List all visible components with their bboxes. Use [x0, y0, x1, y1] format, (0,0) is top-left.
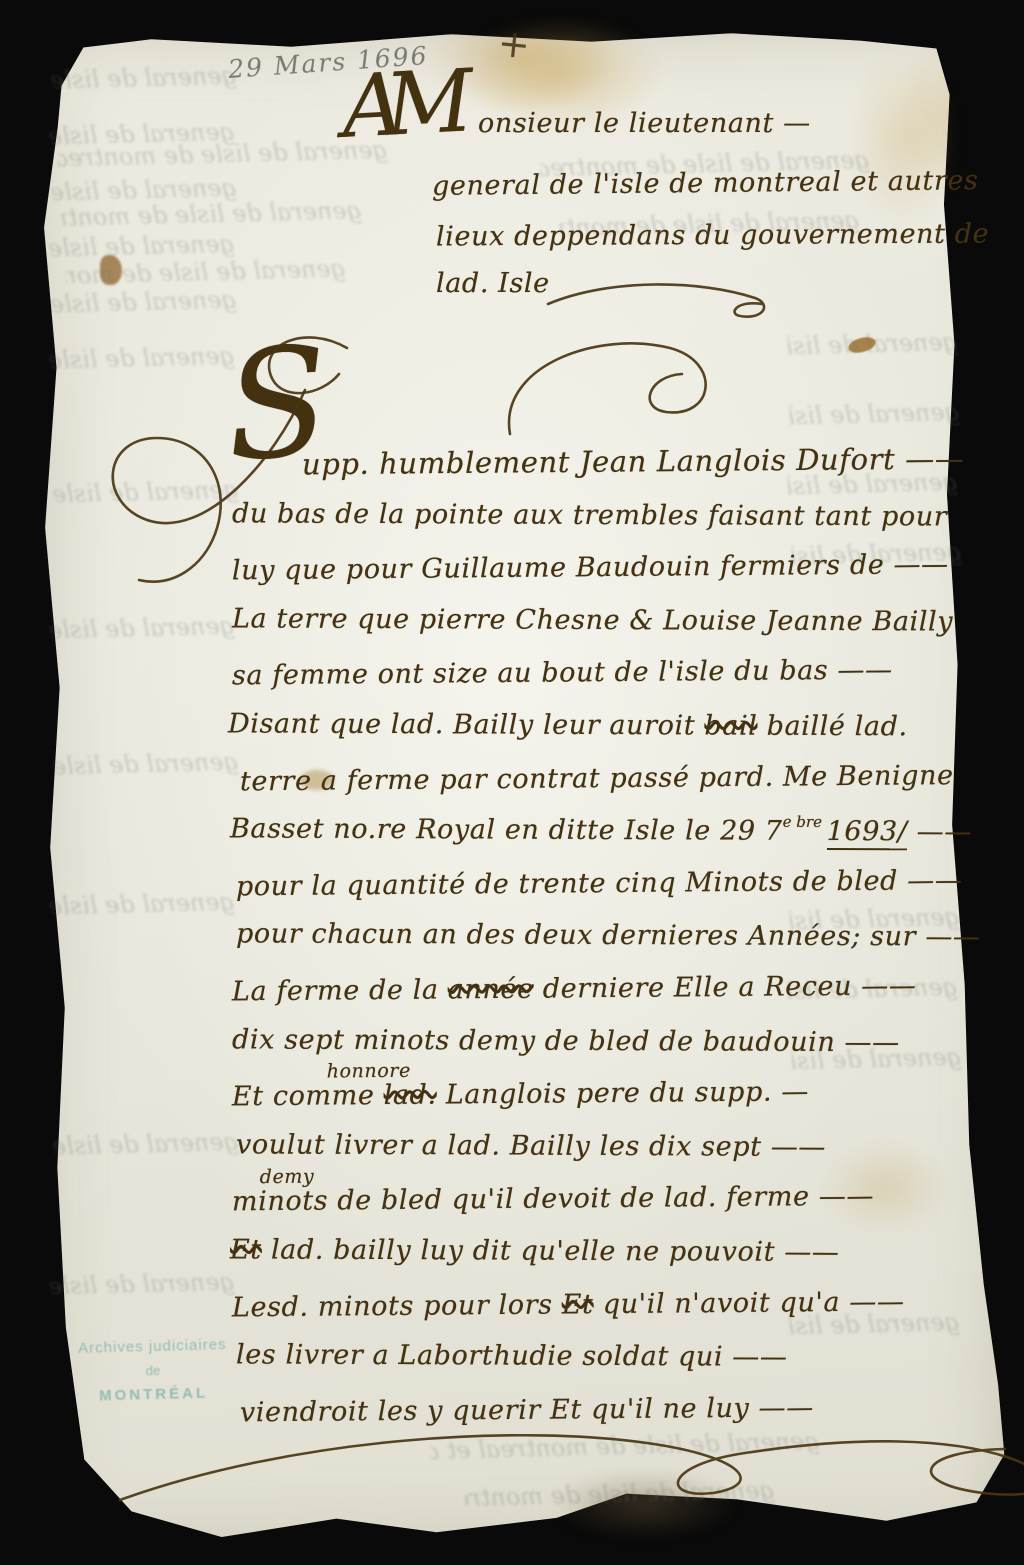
line-segment: La ferme de la [232, 974, 448, 1007]
line-segment: Langlois pere du supp. — [437, 1076, 809, 1110]
underline-segment: 1693/ [827, 816, 908, 850]
line-segment: Basset no.re Royal en ditte Isle le 29 7 [230, 813, 783, 846]
bleed-through-text: general de lisle de montreal et autres l… [50, 1268, 236, 1305]
header-line: onsieur le lieutenant — [478, 108, 811, 139]
line-segment: voulut livrer a lad. Bailly les dix sept… [236, 1129, 826, 1163]
interlinear-addition: demy [260, 1166, 315, 1188]
bleed-through-text: general de lisle de montreal et autres l… [52, 62, 238, 99]
manuscript-line: demyminots de bled qu'il devoit de lad. … [232, 1177, 992, 1232]
line-segment: qu'il n'avoit qu'a —— [593, 1286, 904, 1320]
manuscript-line: La terre que pierre Chesne & Louise Jean… [232, 600, 992, 651]
line-segment: lad. bailly luy dit qu'elle ne pouvoit —… [262, 1234, 840, 1268]
line-segment: du bas de la pointe aux trembles faisant… [232, 498, 947, 532]
manuscript-line: pour la quantité de trente cinq Minots d… [236, 862, 996, 917]
line-segment: baillé lad. [757, 711, 907, 743]
manuscript-line: honnoreEt comme lad. Langlois pere du su… [232, 1072, 992, 1127]
line-segment: terre a ferme par contrat passé pard. Me… [240, 760, 954, 797]
cross-mark: + [496, 20, 533, 67]
line-segment: upp. humblement Jean Langlois Dufort —— [302, 442, 965, 482]
line-segment: Disant que lad. Bailly leur auroit [228, 708, 705, 741]
line-segment: Lesd. minots pour lors [232, 1289, 562, 1323]
stamp-line: de [58, 1361, 248, 1381]
header-line: lad. Isle [436, 268, 550, 299]
supp-flourish [480, 322, 740, 462]
line-segment: derniere Elle a Receu —— [533, 970, 916, 1004]
manuscript-line: Et lad. bailly luy dit qu'elle ne pouvoi… [230, 1231, 990, 1282]
bleed-through-text: general de lisle de montreal et autres l… [790, 398, 961, 434]
bleed-through-text: general de lisle de montreal et autres l… [788, 328, 959, 364]
closing-swash-flourish [105, 1405, 1005, 1525]
manuscript-line: Disant que lad. Bailly leur auroit bail … [228, 705, 988, 756]
interlinear-addition: honnore [327, 1060, 411, 1083]
manuscript-line: les livrer a Laborthudie soldat qui —— [236, 1336, 996, 1387]
manuscript-line: terre a ferme par contrat passé pard. Me… [240, 757, 1000, 812]
bleed-through-text: general de lisle de montreal et autres l… [50, 612, 236, 649]
line-segment: Et comme [232, 1080, 384, 1112]
line-segment: La terre que pierre Chesne & Louise Jean… [232, 603, 953, 637]
manuscript-line: pour chacun an des deux dernieres Années… [236, 915, 996, 966]
document-photo-stage: general de lisle de montreal et autres l… [0, 0, 1024, 1565]
line-segment: dix sept minots demy de bled de baudouin… [232, 1024, 900, 1058]
strike-segment: Et [230, 1234, 262, 1265]
archives-stamp: Archives judiciaires de MONTRÉAL [57, 1336, 249, 1406]
line-segment: pour la quantité de trente cinq Minots d… [236, 865, 963, 902]
stamp-line: Archives judiciaires [57, 1336, 247, 1358]
line-segment: luy que pour Guillaume Baudouin fermiers… [232, 549, 949, 586]
bleed-through-text: general de lisle de montreal et autres l… [54, 748, 240, 785]
manuscript-line: Basset no.re Royal en ditte Isle le 29 7… [230, 810, 990, 861]
header-monogram: AM [340, 59, 457, 151]
manuscript-line: luy que pour Guillaume Baudouin fermiers… [232, 546, 992, 601]
manuscript-line: voulut livrer a lad. Bailly les dix sept… [236, 1126, 996, 1177]
manuscript-line: upp. humblement Jean Langlois Dufort —— [302, 441, 1024, 496]
line-segment: minots de bled qu'il devoit de lad. ferm… [232, 1181, 874, 1218]
header-line: general de l'isle de montreal et autres [432, 165, 979, 202]
manuscript-line: Lesd. minots pour lors Et qu'il n'avoit … [232, 1283, 992, 1338]
header-line: lieux deppendans du gouvernement de [436, 219, 989, 253]
line-segment: pour chacun an des deux dernieres Années… [236, 918, 981, 952]
manuscript-line: La ferme de la année derniere Elle a Rec… [232, 967, 992, 1022]
strike-segment: année [448, 974, 534, 1006]
superscript-segment: e bre [783, 813, 827, 831]
line-segment: —— [907, 816, 972, 847]
bleed-through-text: general de lisle de montreal et autres l… [52, 286, 238, 323]
bleed-through-text: general de lisle de montreal et autres l… [50, 888, 236, 925]
line-segment: les livrer a Laborthudie soldat qui —— [236, 1339, 788, 1372]
line-segment: sa femme ont size au bout de l'isle du b… [232, 655, 893, 692]
manuscript-line: sa femme ont size au bout de l'isle du b… [232, 651, 992, 706]
strike-segment: lad. [384, 1080, 437, 1111]
strike-segment: Et [562, 1289, 594, 1320]
bleed-through-text: general de lisle de montreal et autres l… [54, 1128, 240, 1165]
strike-segment: bail [704, 710, 757, 741]
manuscript-line: du bas de la pointe aux trembles faisant… [232, 495, 992, 546]
